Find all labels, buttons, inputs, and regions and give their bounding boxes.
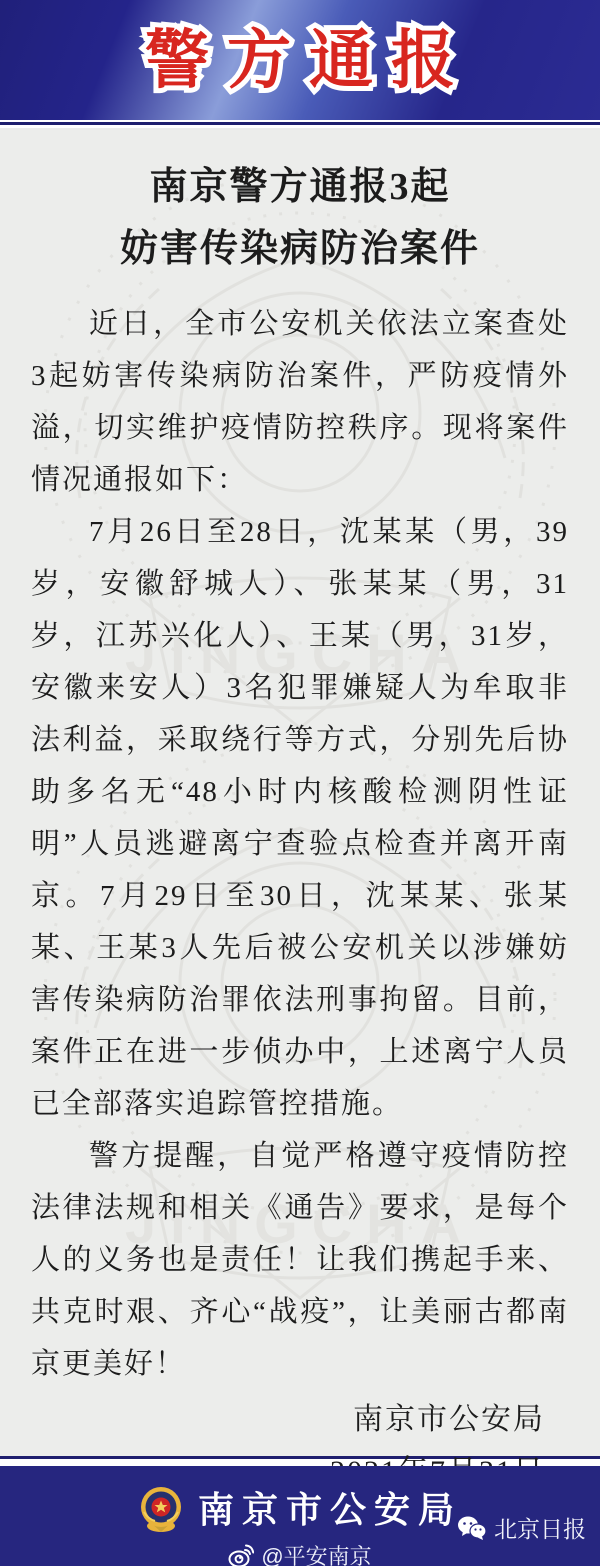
footer: 南京市公安局 @平安南京 北京日报 [0, 1466, 600, 1566]
banner-title: 警方通报 警方通报 [127, 28, 473, 92]
police-notice-poster: 警方通报 警方通报 JINGCHA [0, 0, 600, 1566]
wechat-icon [457, 1515, 487, 1541]
notice-body: 近日，全市公安机关依法立案查处3起妨害传染病防治案件，严防疫情外溢，切实维护疫情… [31, 298, 569, 1390]
police-emblem-icon [138, 1486, 184, 1534]
publisher-name: 北京日报 [494, 1511, 586, 1544]
notice-content: JINGCHA JINGCHA 南京警方通报3起 妨害传染病防治案件 [0, 128, 600, 1456]
banner-title-text: 警方通报 [145, 24, 473, 96]
notice-paragraph-2: 7月26日至28日，沈某某（男，39岁，安徽舒城人）、张某某（男，31岁，江苏兴… [31, 506, 569, 1130]
publisher-credit: 北京日报 [457, 1511, 586, 1544]
notice-title-line1: 南京警方通报3起 [149, 166, 450, 208]
notice-paragraph-3: 警方提醒，自觉严格遵守疫情防控法律法规和相关《通告》要求，是每个人的义务也是责任… [31, 1130, 569, 1390]
weibo-icon [228, 1544, 254, 1566]
notice-paragraph-1: 近日，全市公安机关依法立案查处3起妨害传染病防治案件，严防疫情外溢，切实维护疫情… [31, 298, 569, 506]
banner: 警方通报 警方通报 [0, 0, 600, 120]
notice-title: 南京警方通报3起 妨害传染病防治案件 [31, 156, 569, 280]
divider-top [0, 120, 600, 128]
footer-org-name: 南京市公安局 [198, 1492, 462, 1528]
notice-title-line2: 妨害传染病防治案件 [120, 228, 480, 270]
weibo-handle: @平安南京 [261, 1540, 371, 1566]
signature-org: 南京市公安局 [31, 1394, 545, 1446]
